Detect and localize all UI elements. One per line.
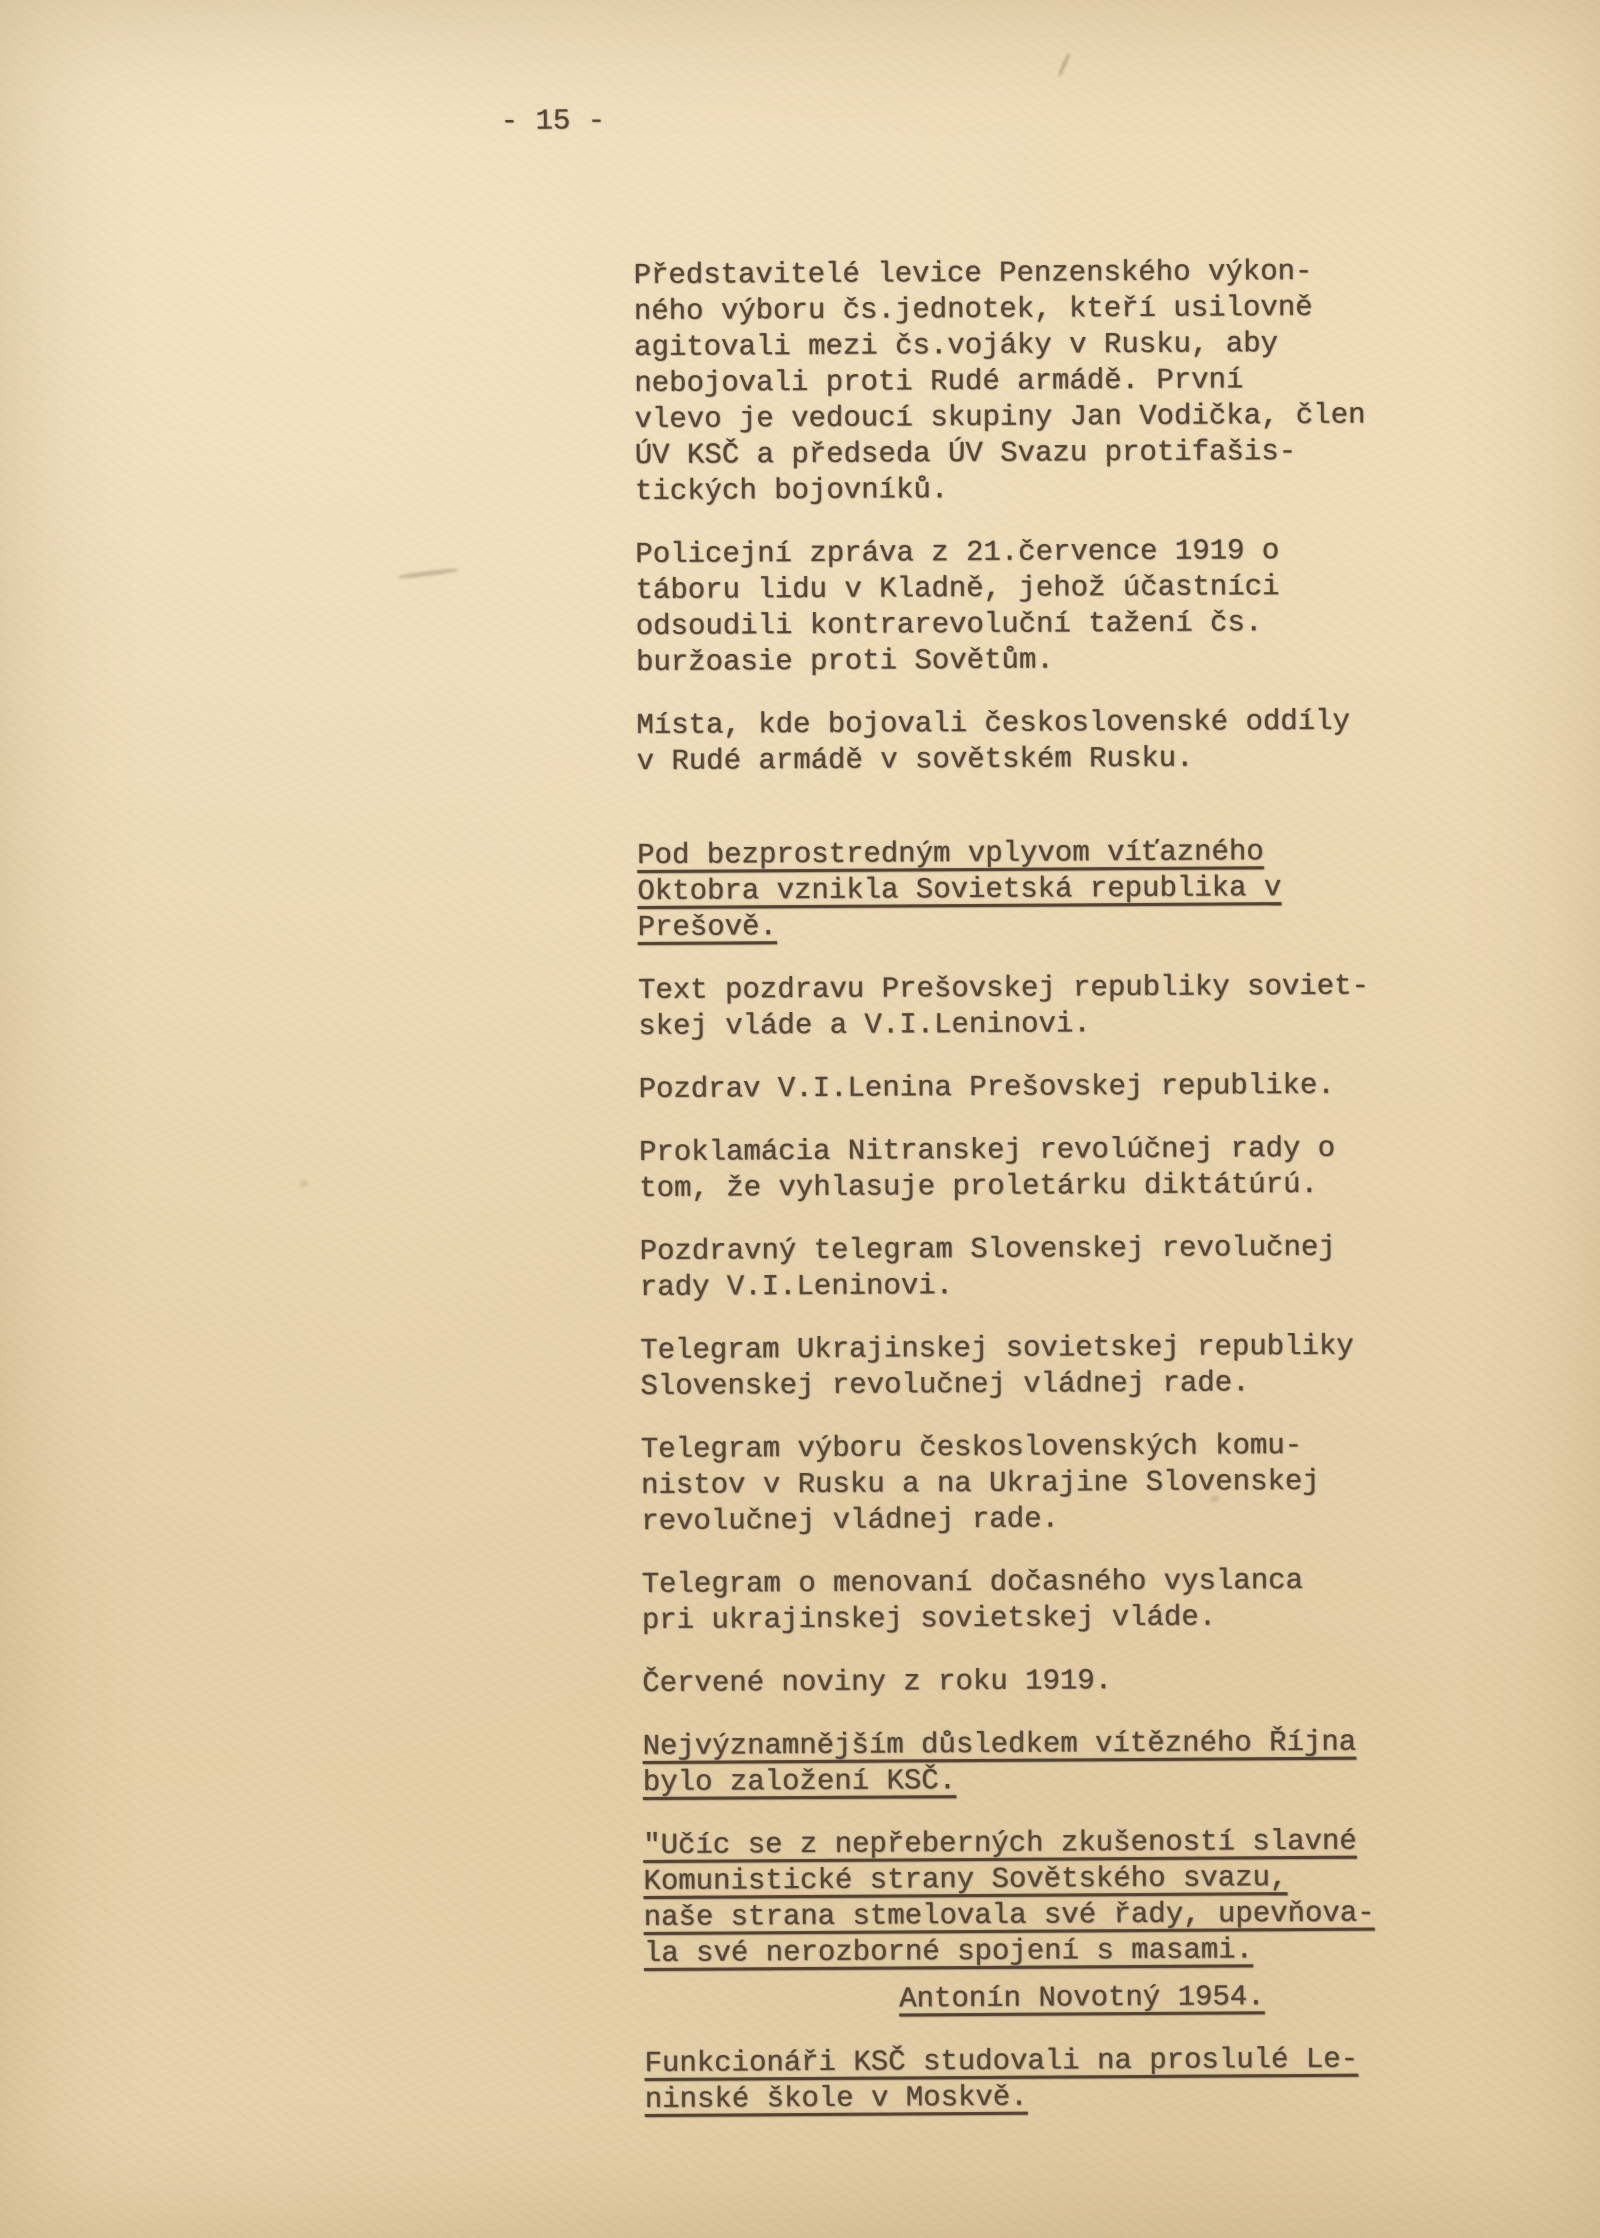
text-line: bylo založení KSČ. [643, 1760, 1483, 1801]
text-line: revolučnej vládnej rade. [641, 1499, 1481, 1540]
text-line: buržoasie proti Sovětům. [636, 640, 1476, 681]
paragraph: "Učíc se z nepřeberných zkušeností slavn… [643, 1823, 1484, 1972]
page-number: - 15 - [501, 103, 606, 140]
text-line: ného výboru čs.jednotek, kteří usilovně [634, 289, 1474, 330]
paragraph: Nejvýznamnějším důsledkem vítězného Říjn… [643, 1724, 1483, 1801]
paragraph: Text pozdravu Prešovskej republiky sovie… [638, 968, 1478, 1045]
text-line: Představitelé levice Penzenského výkon- [634, 253, 1474, 294]
paragraph: Pod bezprostredným vplyvom víťaznéhoOkto… [637, 833, 1478, 946]
text-line: "Učíc se z nepřeberných zkušeností slavn… [643, 1823, 1483, 1864]
paragraph: Pozdravný telegram Slovenskej revolučnej… [640, 1229, 1480, 1306]
text-line: Slovenskej revolučnej vládnej rade. [640, 1364, 1480, 1405]
text-line: la své nerozborné spojení s masami. [644, 1931, 1484, 1972]
text-line: Pozdravný telegram Slovenskej revolučnej [640, 1229, 1480, 1270]
sheet-content: - 15 - Představitelé levice Penzenského … [0, 0, 1600, 2238]
text-line: nebojovali proti Rudé armádě. První [634, 361, 1474, 402]
text-line: Oktobra vznikla Sovietská republika v [637, 869, 1477, 910]
text-line: Telegram výboru československých komu- [641, 1427, 1481, 1468]
text-line: v Rudé armádě v sovětském Rusku. [637, 739, 1477, 780]
text-line: Antonín Novotný 1954. [899, 1978, 1484, 2018]
text-line: Policejní zpráva z 21.července 1919 o [635, 532, 1475, 573]
text-line: naše strana stmelovala své řady, upevňov… [644, 1895, 1484, 1936]
text-line: Funkcionáři KSČ studovali na proslulé Le… [644, 2041, 1484, 2082]
paragraph: Funkcionáři KSČ studovali na proslulé Le… [644, 2041, 1484, 2118]
text-line: odsoudili kontrarevoluční tažení čs. [636, 604, 1476, 645]
paragraph: Policejní zpráva z 21.července 1919 otáb… [635, 532, 1476, 681]
text-line: tom, že vyhlasuje proletárku diktátúrú. [639, 1166, 1479, 1207]
text-line: Telegram o menovaní dočasného vyslanca [642, 1562, 1482, 1603]
text-line: Pod bezprostredným vplyvom víťazného [637, 833, 1477, 874]
paragraph: Telegram o menovaní dočasného vyslancapr… [642, 1562, 1482, 1639]
text-line: Červené noviny z roku 1919. [642, 1661, 1482, 1702]
text-line: nistov v Rusku a na Ukrajine Slovenskej [641, 1463, 1481, 1504]
text-line: skej vláde a V.I.Leninovi. [638, 1004, 1478, 1045]
paragraph: Pozdrav V.I.Lenina Prešovskej republike. [639, 1067, 1479, 1108]
paragraph: Telegram výboru československých komu-ni… [641, 1427, 1482, 1540]
paragraph: Místa, kde bojovali československé oddíl… [636, 703, 1476, 780]
text-line: ninské škole v Moskvě. [645, 2077, 1485, 2118]
text-line: Místa, kde bojovali československé oddíl… [636, 703, 1476, 744]
text-line: Proklamácia Nitranskej revolúčnej rady o [639, 1130, 1479, 1171]
text-line: ÚV KSČ a předseda ÚV Svazu protifašis- [635, 433, 1475, 474]
text-line: Text pozdravu Prešovskej republiky sovie… [638, 968, 1478, 1009]
paragraph: Červené noviny z roku 1919. [642, 1661, 1482, 1702]
text-line: Komunistické strany Sovětského svazu, [643, 1859, 1483, 1900]
text-line: vlevo je vedoucí skupiny Jan Vodička, čl… [634, 397, 1474, 438]
text-line: tických bojovníků. [635, 469, 1475, 510]
text-line: agitovali mezi čs.vojáky v Rusku, aby [634, 325, 1474, 366]
text-line: rady V.I.Leninovi. [640, 1265, 1480, 1306]
text-line: pri ukrajinskej sovietskej vláde. [642, 1598, 1482, 1639]
text-line: Telegram Ukrajinskej sovietskej republik… [640, 1328, 1480, 1369]
paragraph: Antonín Novotný 1954. [899, 1978, 1484, 2018]
document-body: Představitelé levice Penzenského výkon-n… [634, 253, 1486, 2145]
text-line: Prešově. [638, 905, 1478, 946]
document-page: - 15 - Představitelé levice Penzenského … [0, 0, 1600, 2238]
text-line: Nejvýznamnějším důsledkem vítězného Říjn… [643, 1724, 1483, 1765]
paragraph: Telegram Ukrajinskej sovietskej republik… [640, 1328, 1480, 1405]
paragraph: Proklamácia Nitranskej revolúčnej rady o… [639, 1130, 1479, 1207]
paragraph: Představitelé levice Penzenského výkon-n… [634, 253, 1476, 510]
text-line: táboru lidu v Kladně, jehož účastníci [636, 568, 1476, 609]
text-line: Pozdrav V.I.Lenina Prešovskej republike. [639, 1067, 1479, 1108]
